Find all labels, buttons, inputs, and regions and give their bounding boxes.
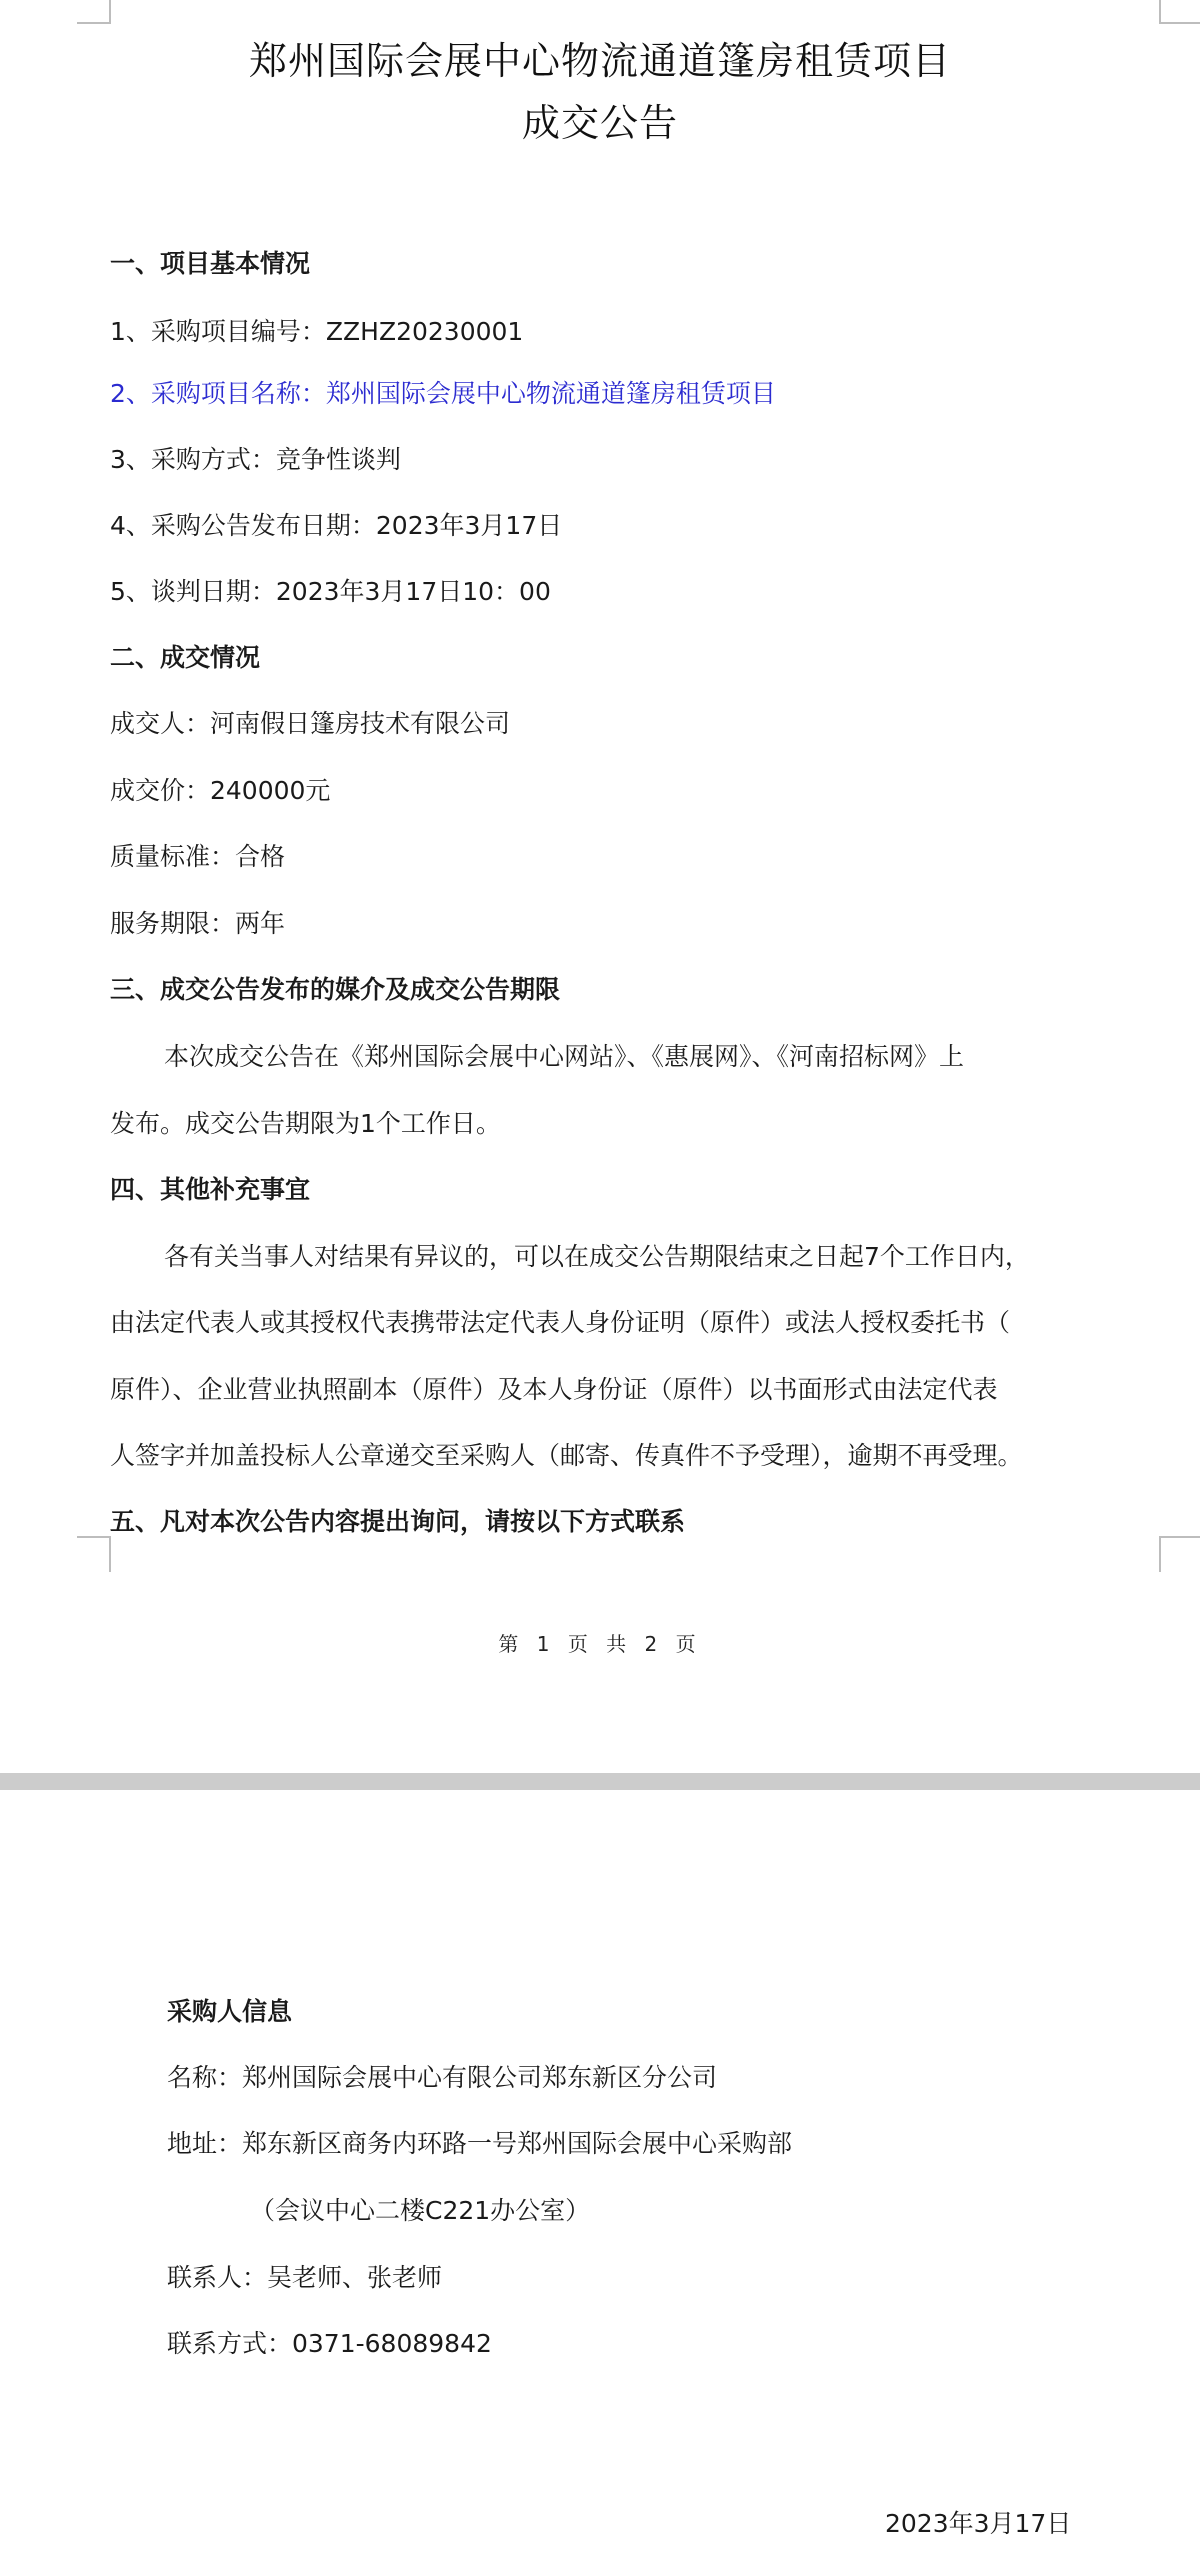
- purchaser-address-note: （会议中心二楼C221办公室）: [250, 2191, 590, 2227]
- purchaser-heading: 采购人信息: [167, 1992, 292, 2028]
- section-heading-2: 二、成交情况: [110, 638, 260, 674]
- section-heading-4: 四、其他补充事宜: [110, 1170, 310, 1206]
- document-subtitle: 成交公告: [0, 92, 1200, 147]
- winning-bidder: 成交人：河南假日篷房技术有限公司: [110, 704, 510, 740]
- paragraph-line: 各有关当事人对结果有异议的，可以在成交公告期限结束之日起7个工作日内，: [110, 1237, 1030, 1273]
- quality-standard: 质量标准：合格: [110, 837, 285, 873]
- procurement-method: 3、采购方式：竞争性谈判: [110, 440, 401, 476]
- project-number: 1、采购项目编号：ZZHZ20230001: [110, 312, 523, 348]
- page-corner-mark: [1159, 0, 1200, 24]
- page-corner-mark: [1159, 1536, 1200, 1572]
- negotiation-date: 5、谈判日期：2023年3月17日10：00: [110, 572, 551, 608]
- paragraph-line: 本次成交公告在《郑州国际会展中心网站》、《惠展网》、《河南招标网》上: [110, 1037, 964, 1073]
- section-heading-1: 一、项目基本情况: [110, 244, 310, 280]
- section-heading-5: 五、凡对本次公告内容提出询问，请按以下方式联系: [110, 1502, 685, 1538]
- paragraph-line: 原件）、企业营业执照副本（原件）及本人身份证（原件）以书面形式由法定代表: [110, 1370, 998, 1406]
- document-title: 郑州国际会展中心物流通道篷房租赁项目: [0, 30, 1200, 85]
- project-name: 2、采购项目名称：郑州国际会展中心物流通道篷房租赁项目: [110, 374, 776, 410]
- page-number-footer: 第 1 页 共 2 页: [0, 1628, 1200, 1657]
- page-corner-mark: [77, 0, 111, 24]
- document-page-2: 采购人信息 名称：郑州国际会展中心有限公司郑东新区分公司 地址：郑东新区商务内环…: [0, 1790, 1200, 2565]
- transaction-price: 成交价：240000元: [110, 771, 330, 807]
- document-page-1: 郑州国际会展中心物流通道篷房租赁项目 成交公告 一、项目基本情况 1、采购项目编…: [0, 0, 1200, 1773]
- purchaser-address: 地址：郑东新区商务内环路一号郑州国际会展中心采购部: [167, 2124, 792, 2160]
- announcement-date: 4、采购公告发布日期：2023年3月17日: [110, 506, 562, 542]
- purchaser-name: 名称：郑州国际会展中心有限公司郑东新区分公司: [167, 2058, 717, 2094]
- section-heading-3: 三、成交公告发布的媒介及成交公告期限: [110, 970, 560, 1006]
- paragraph-line: 由法定代表人或其授权代表携带法定代表人身份证明（原件）或法人授权委托书（: [110, 1303, 1010, 1339]
- page-separator: [0, 1773, 1200, 1790]
- purchaser-contact: 联系人：吴老师、张老师: [167, 2258, 442, 2294]
- page-corner-mark: [77, 1536, 111, 1572]
- purchaser-phone: 联系方式：0371-68089842: [167, 2324, 492, 2360]
- paragraph-line: 发布。成交公告期限为1个工作日。: [110, 1104, 501, 1140]
- service-period: 服务期限：两年: [110, 904, 285, 940]
- paragraph-line: 人签字并加盖投标人公章递交至采购人（邮寄、传真件不予受理），逾期不再受理。: [110, 1436, 1023, 1472]
- document-date: 2023年3月17日: [885, 2504, 1071, 2540]
